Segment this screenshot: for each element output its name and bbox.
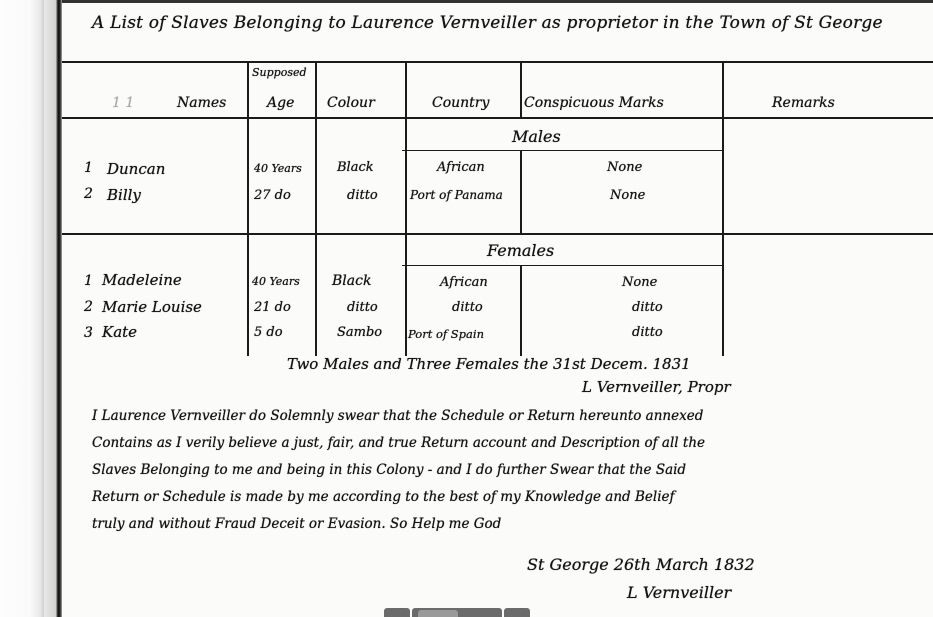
slave-marks: ditto — [632, 325, 663, 340]
affidavit-line: truly and without Fraud Deceit or Evasio… — [92, 516, 501, 532]
col-rule-marks-head — [520, 61, 522, 117]
header-names: Names — [177, 95, 226, 111]
slave-colour: Sambo — [337, 325, 382, 340]
image-viewer-toolbar — [384, 608, 532, 617]
header-country: Country — [432, 95, 489, 111]
affidavit-line: Slaves Belonging to me and being in this… — [92, 462, 686, 478]
slave-country: ditto — [452, 300, 483, 315]
slave-colour: ditto — [347, 188, 378, 203]
slave-marks: None — [610, 188, 645, 203]
slave-colour: Black — [332, 273, 371, 289]
binding-shadow — [44, 0, 56, 617]
next-button[interactable] — [504, 608, 530, 617]
slave-name: Billy — [107, 186, 141, 204]
summary-signature: L Vernveiller, Propr — [582, 378, 731, 396]
zoom-slider[interactable] — [412, 608, 502, 617]
header-age-top: Supposed — [252, 66, 307, 79]
slave-age: 5 do — [254, 325, 283, 340]
slave-country: Port of Panama — [410, 188, 503, 202]
header-top-rule — [62, 61, 933, 63]
prev-button[interactable] — [384, 608, 410, 617]
affidavit-line: Return or Schedule is made by me accordi… — [92, 489, 675, 505]
slave-name: Kate — [102, 323, 137, 341]
row-number: 2 — [84, 299, 93, 315]
females-section-rule — [402, 265, 724, 266]
ledger-page: A List of Slaves Belonging to Laurence V… — [62, 3, 933, 617]
slave-age: 40 Years — [252, 275, 300, 288]
header-colour: Colour — [327, 95, 375, 111]
summary-line: Two Males and Three Females the 31st Dec… — [287, 355, 691, 373]
slave-country: African — [437, 160, 485, 175]
row-number: 3 — [84, 325, 93, 341]
header-marks: Conspicuous Marks — [524, 95, 664, 111]
col-rule-marks-males — [520, 150, 522, 233]
header-bottom-rule — [62, 117, 933, 119]
males-section-rule — [402, 150, 724, 151]
section-label-females: Females — [487, 241, 554, 260]
affidavit-line: Contains as I verily believe a just, fai… — [92, 435, 705, 451]
section-label-males: Males — [512, 127, 561, 146]
col-rule-age — [247, 61, 249, 356]
affidavit-line: I Laurence Vernveiller do Solemnly swear… — [92, 408, 703, 424]
document-title: A List of Slaves Belonging to Laurence V… — [92, 13, 883, 33]
slave-marks: None — [607, 160, 642, 175]
header-remarks: Remarks — [772, 95, 835, 111]
slave-age: 27 do — [254, 188, 291, 203]
col-rule-country — [405, 61, 407, 356]
slave-name: Duncan — [107, 160, 165, 178]
date-line: St George 26th March 1832 — [527, 555, 755, 574]
row-number: 1 — [84, 160, 93, 176]
slave-name: Madeleine — [102, 271, 182, 289]
header-age: Age — [267, 95, 294, 111]
slave-marks: ditto — [632, 300, 663, 315]
slave-marks: None — [622, 275, 657, 290]
slave-colour: ditto — [347, 300, 378, 315]
slave-name: Marie Louise — [102, 298, 202, 316]
final-signature: L Vernveiller — [627, 583, 731, 602]
slave-country: African — [440, 275, 488, 290]
slave-age: 21 do — [254, 300, 291, 315]
col-rule-remarks — [722, 61, 724, 356]
slave-age: 40 Years — [254, 162, 302, 175]
zoom-slider-thumb[interactable] — [418, 610, 458, 617]
scan-left-margin — [0, 0, 44, 617]
col-rule-marks-females — [520, 265, 522, 356]
slave-colour: Black — [337, 160, 374, 175]
males-bottom-rule — [62, 233, 933, 235]
row-number: 1 — [84, 273, 93, 289]
header-number-faint: 1 1 — [112, 95, 134, 111]
row-number: 2 — [84, 186, 93, 202]
col-rule-colour — [315, 61, 317, 356]
slave-country: Port of Spain — [408, 327, 484, 341]
